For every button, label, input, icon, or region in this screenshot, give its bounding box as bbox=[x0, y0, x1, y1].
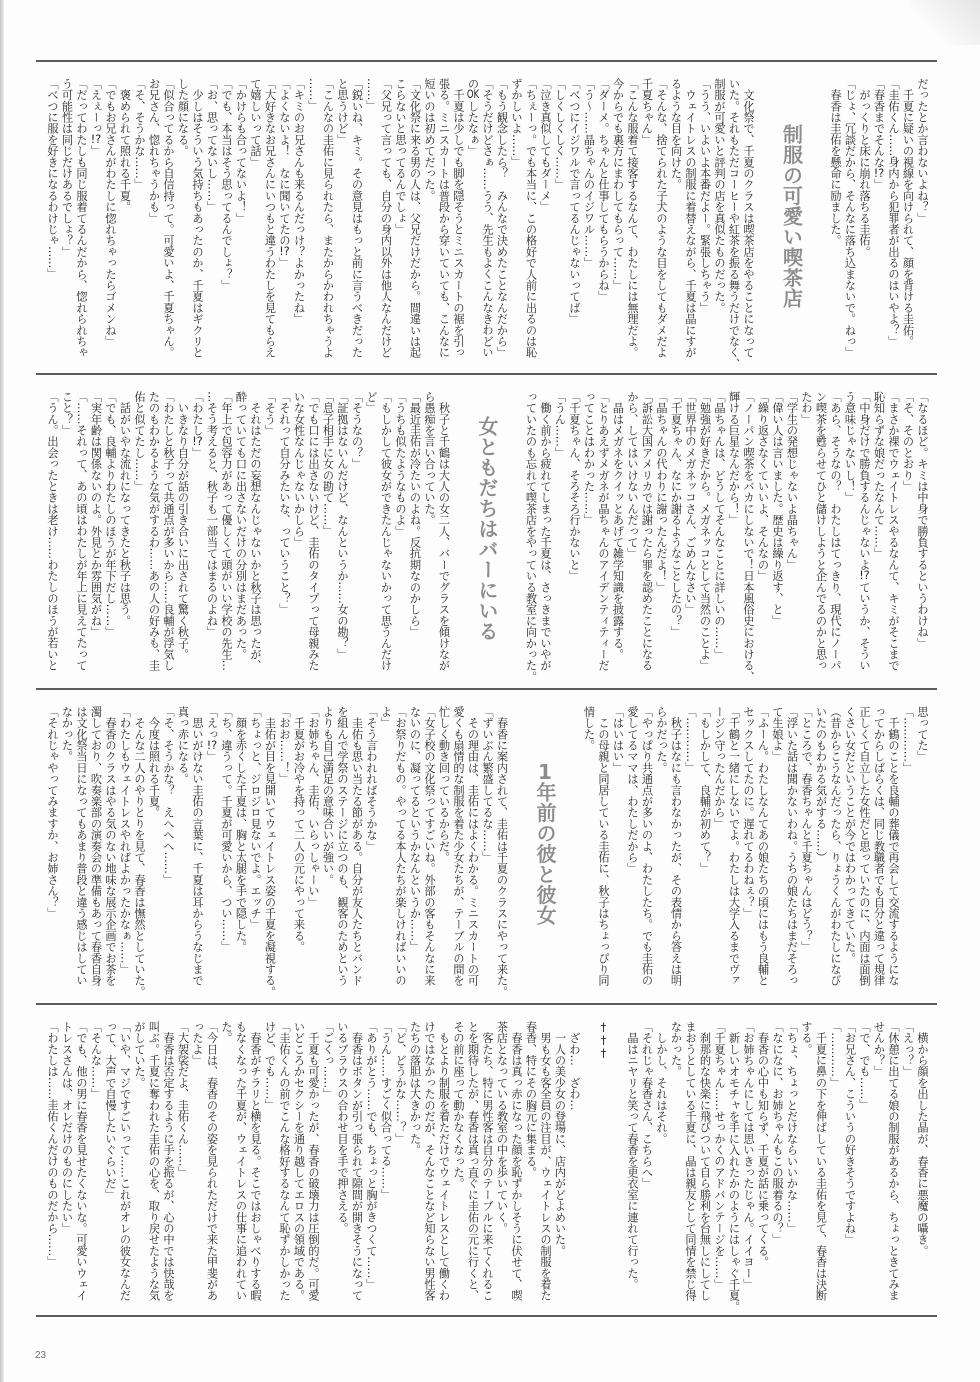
text-column: いるブラウスの合わせ目を手で押さえる。 bbox=[335, 1021, 350, 1313]
tate-chu-yoko: !? bbox=[873, 168, 886, 179]
text-column: 輝ける巨星なんだから！」 bbox=[726, 391, 741, 683]
text-column: いきなり自分が話の引き合いに出されて驚く秋子。 bbox=[175, 391, 190, 683]
text-column: 晶はメガネをクイッとあげて雑学知識を披露する。 bbox=[610, 391, 625, 683]
text-column: 「ところで、春香ちゃんと千夏ちゃんはどう？」 bbox=[799, 706, 814, 998]
tate-chu-yoko: !? bbox=[191, 436, 204, 447]
text-column: て嬉しいって話」 bbox=[248, 78, 263, 370]
text-column: 「そう」 bbox=[262, 391, 277, 683]
text-column: 佑と似てたし……」 bbox=[132, 391, 147, 683]
text-column bbox=[610, 1021, 625, 1313]
text-column: 千鶴のことを良輔の葬儀で再会して交流するようにな bbox=[886, 706, 901, 998]
text-column: たわ」 bbox=[799, 391, 814, 683]
text-column: 千夏は少しでも脚を隠そうとミニスカートの裾を引っ bbox=[451, 78, 466, 370]
text-column: がっくりと床に崩れ落ちる圭佑。 bbox=[857, 78, 872, 370]
text-column: もとより制服を着ただけでウェイトレスとして働くわ bbox=[436, 1021, 451, 1313]
text-column: 「わたしもウェイトレスやればよかったかなぁ……」 bbox=[117, 706, 132, 998]
text-column: ったよ」 bbox=[190, 1021, 205, 1313]
text-column: その前に座って動かなくなった。 bbox=[451, 1021, 466, 1313]
text-column: 「えっ？」 bbox=[900, 1021, 915, 1313]
text-column: 「こんな服着て接客するなんて、わたしには無理だよ。 bbox=[625, 78, 640, 370]
scan-edge-shadow bbox=[0, 0, 4, 1382]
tate-chu-yoko: !? bbox=[278, 246, 291, 257]
text-column: 「勉強が好きだから。メガネッコとして当然のことよ」 bbox=[697, 391, 712, 683]
text-column: 茶店となっている教室の中を歩いていく。 bbox=[494, 1021, 509, 1313]
text-column: 千夏がお冷やを持って二人の元にやって来る。 bbox=[291, 706, 306, 998]
text-column: 「大袈裟だよ、圭佑くん……」 bbox=[175, 1021, 190, 1313]
page: だったとか言わないよね？」 千夏に疑いの視線を向けられて、顔を背ける圭佑。「圭佑… bbox=[0, 0, 980, 1382]
text-column: いな女性なんじゃないかしら」 bbox=[291, 391, 306, 683]
text-column: 「休憩に出てる娘の制服があるから、ちょっときてみま bbox=[886, 1021, 901, 1313]
text-column: その理由は、圭佑にはよくわかる。ミニスカートの可 bbox=[465, 706, 480, 998]
text-column: 正しくて自立した女性だと思っていたのに、内面は面倒 bbox=[857, 706, 872, 998]
text-column: 制服が可愛いと評判の店を真似たものだった。 bbox=[712, 78, 727, 370]
text-column: 「似合ってるから自信持って。可愛いよ、千夏ちゃん。 bbox=[161, 78, 176, 370]
text-column: 春香はボタンが引っ張られて隙間が開きそうになって bbox=[349, 1021, 364, 1313]
text-column: 圭佑が目を見開いてウェイトレス姿の千夏を凝視する。 bbox=[262, 706, 277, 998]
text-column: 「うん……すごく似合ってる……」 bbox=[378, 1021, 393, 1313]
section-heading: 1年前の彼と彼女 bbox=[509, 706, 582, 982]
text-column: 「最近圭佑が冷たいのよね。反抗期なのかしら」 bbox=[407, 391, 422, 683]
text-column: 「晶ちゃんは、どうしてそんなことに詳しいの……」 bbox=[712, 391, 727, 683]
horizontal-rule bbox=[36, 688, 937, 690]
text-column: 「べつに服を好きになるわけじゃ……」 bbox=[45, 78, 60, 370]
text-column: 「ずいぶん繁盛してるな……」 bbox=[480, 706, 495, 998]
text-column: 「千鶴と一緒にしないでよ。わたしは大学入るまでヴァ bbox=[726, 706, 741, 998]
text-column: 「…………」 bbox=[683, 706, 698, 998]
text-column: 新しいオモチャを手に入れたかのようにはしゃぐ千夏。 bbox=[726, 1021, 741, 1313]
text-column: 愛くも扇情的な制服を着た少女たちが、テーブルの間を bbox=[451, 706, 466, 998]
text-column: 「べつにイジワルで言ってるんじゃないってば」 bbox=[567, 78, 582, 370]
text-column: 「でもお兄さんがわたしに惚れちゃったらゴメンね」 bbox=[103, 78, 118, 370]
text-column: 「実年齢は関係ないのよ。外見とか雰囲気がね」 bbox=[88, 391, 103, 683]
text-column: るような目を向けた。 bbox=[668, 78, 683, 370]
text-column: 「泣き真似してもダーメ」 bbox=[538, 78, 553, 370]
text-column: なかった。 bbox=[668, 1021, 683, 1313]
text-column: 張る。ミニスカートは普段から穿いていても、こんなに bbox=[436, 78, 451, 370]
text-tier-1: だったとか言わないよね？」 千夏に疑いの視線を向けられて、顔を背ける圭佑。「圭佑… bbox=[45, 78, 930, 370]
text-column: 横から顔を出した晶が、春香に悪魔の囁き。 bbox=[915, 1021, 930, 1313]
text-column: 「お、思ってないし……」 bbox=[204, 78, 219, 370]
text-column: たのもわかるような気がするわ……あの人の好みも、圭 bbox=[146, 391, 161, 683]
text-column: ってからしばらくは、同じ教職者でも自分と違って規律 bbox=[871, 706, 886, 998]
text-column: ージン守ったんだから」 bbox=[712, 706, 727, 998]
text-column: 叫ぶ。千夏に奪われた圭佑の心を、取り戻せたような気 bbox=[146, 1021, 161, 1313]
section-heading: 女ともだちはバーにいる bbox=[451, 391, 524, 667]
text-column: いた。それもただコーヒーや紅茶を振る舞うだけでなく、 bbox=[726, 78, 741, 370]
text-column: 「大好きなお兄さんにいつもと違うわたしを見てもらえ bbox=[262, 78, 277, 370]
text-column: のOKしたなぁ」 bbox=[465, 78, 480, 370]
text-column: 「春香までそんな!?」 bbox=[871, 78, 886, 370]
text-column: 「訴訟大国アメリカでは謝ったら罪を認めたことになる bbox=[639, 391, 654, 683]
text-column: 「ちぇーっ。でも本当に、この格好で人前に出るのは恥 bbox=[523, 78, 538, 370]
text-column: 「晶ちゃんの代わりに謝ったんだよ！」 bbox=[654, 391, 669, 683]
text-column: トレスさんは、オレだけのものにしたい」 bbox=[59, 1021, 74, 1313]
text-tier-4: 横から顔を出した晶が、春香に悪魔の囁き。「えっ？」「休憩に出てる娘の制服があるか… bbox=[45, 1021, 930, 1313]
text-column: 話がいやな流れになってきたと秋子は思う。 bbox=[117, 391, 132, 683]
text-column: 「学生の発想じゃないよ晶ちゃん」 bbox=[784, 391, 799, 683]
horizontal-rule bbox=[36, 1315, 937, 1317]
text-column: もなくなった千夏が、ウェイトレスの仕事に追われてい bbox=[233, 1021, 248, 1313]
text-column: た。 bbox=[219, 1021, 234, 1313]
text-column: こと？」 bbox=[59, 391, 74, 683]
text-column: ……」 bbox=[364, 78, 379, 370]
text-column: 「でも口には出さないけど、圭佑のタイプって母親みた bbox=[306, 391, 321, 683]
text-column: 「よくないよ！ なに聞いてたの!?」 bbox=[277, 78, 292, 370]
tate-chu-yoko: !? bbox=[858, 570, 871, 581]
page-number: 23 bbox=[35, 1350, 46, 1361]
text-column: 春香は否定するように手を振るが、心の中では快哉を bbox=[161, 1021, 176, 1313]
text-column: ってことはわかった……」 bbox=[581, 391, 596, 683]
text-column: ずかしいよ……」 bbox=[509, 78, 524, 370]
text-column: 「証拠はないんだけど、なんというか……女の勘？」 bbox=[335, 391, 350, 683]
text-column: て生娘よ」 bbox=[770, 706, 785, 998]
text-column: 「わたしと秋子って共通点が多いから……良輔が浮気し bbox=[161, 391, 176, 683]
text-column bbox=[581, 1021, 596, 1313]
text-column: たちの落胆は大きかった。 bbox=[407, 1021, 422, 1313]
text-column: 「はいはい」 bbox=[610, 706, 625, 998]
text-column: 「お姉ちゃんにしては思いきったじゃん。イイヨー」 bbox=[741, 1021, 756, 1313]
text-column: した顔になる。 bbox=[175, 78, 190, 370]
text-column: セックスしてたのに。遅れてるわねぇ？」 bbox=[741, 706, 756, 998]
text-column: 春香、特にその胸元に集まる。 bbox=[523, 1021, 538, 1313]
text-column: 「ごくっ……」 bbox=[320, 1021, 335, 1313]
text-column: 「父兄って言っても、自分の身内以外は他人なんだけど bbox=[378, 78, 393, 370]
text-column: 「キミのお兄さんも来るんだっけ？よかったね」 bbox=[291, 78, 306, 370]
text-column: 「ちょっと、ジロジロ見ないでよ。エッチ」 bbox=[248, 706, 263, 998]
text-column: いどころかセクシーを通り越してエロスの領域である。 bbox=[291, 1021, 306, 1313]
horizontal-rule bbox=[36, 1003, 937, 1005]
text-column: 「ダーメ。ちゃんと仕事してもらうからね」 bbox=[596, 78, 611, 370]
text-column: 晶はニヤリと笑って春香を更衣室に連れて行った。 bbox=[625, 1021, 640, 1313]
text-column: 「ちょ、ちょっとだけならいいかな……」 bbox=[784, 1021, 799, 1313]
text-column: 千夏に鼻の下を伸ばしている圭佑を見て、春香は決断 bbox=[813, 1021, 828, 1313]
text-column: 「文化祭に来る男の人は、父兄だけだから。間違いは起 bbox=[407, 78, 422, 370]
text-column: 今からでも裏方にまわしてもらって……」 bbox=[610, 78, 625, 370]
text-column: それはただの妄想なんじゃないかと秋子は思ったが、 bbox=[248, 391, 263, 683]
text-column: だったとか言わないよね？」 bbox=[915, 78, 930, 370]
text-column: 濁しており、吹奏楽部の演奏会の準備もあって春香自身 bbox=[88, 706, 103, 998]
text-column: ……」 bbox=[306, 78, 321, 370]
text-column: よ」 bbox=[378, 706, 393, 998]
text-column: （昔からこうなんだったら、りょうくんがわたしになび bbox=[828, 706, 843, 998]
text-column: ど」 bbox=[364, 391, 379, 683]
text-column: 少しはそういう気持ちもあったのか、千夏はギクリと bbox=[190, 78, 205, 370]
text-column: 「う～……晶ちゃんのイジワル……」 bbox=[581, 78, 596, 370]
text-column: お兄さん、惚れちゃうかも」 bbox=[146, 78, 161, 370]
text-column: 秋子と千鶴は大人の女二人、バーでグラスを傾けなが bbox=[436, 391, 451, 683]
text-column: 「圭佑くんの前でこんな格好するなんて恥ずかしかった bbox=[277, 1021, 292, 1313]
text-column: 「そ、そうかな？ えへへへ……」 bbox=[161, 706, 176, 998]
text-column: 「それじゃ春香さん、こちらへ」 bbox=[639, 1021, 654, 1313]
text-tier-2: 「なるほど。キミは中身で勝負するというわけね」「そ、そのとおり」「まさか裸でウェ… bbox=[45, 391, 930, 683]
text-column: 思いがけない圭佑の言葉に、千夏は耳からうなじまで bbox=[190, 706, 205, 998]
text-column: 文化祭で、千夏のクラスは喫茶店をやることになって bbox=[741, 78, 756, 370]
text-column: 「ノーパン喫茶をバカにしないで！日本風俗史における、 bbox=[741, 391, 756, 683]
text-column: 「もう観念したら？ みんなで決めたことなんだから」 bbox=[494, 78, 509, 370]
text-column: 「でも、本当はそう思ってるんでしょ？」 bbox=[219, 78, 234, 370]
text-column: よりも自己満足の意味合いが強い。 bbox=[320, 706, 335, 998]
text-column: って、大声で自慢したいぐらいだ」 bbox=[103, 1021, 118, 1313]
horizontal-rule bbox=[36, 373, 937, 375]
text-column: 思ってた」 bbox=[915, 706, 930, 998]
text-column: 「それじゃやってみますか、お姉さん？」 bbox=[45, 706, 60, 998]
text-column: こらないと思ってるんでしょ」 bbox=[393, 78, 408, 370]
text-column: 千夏も可愛かったが、春香の破壊力は圧倒的だ。可愛 bbox=[306, 1021, 321, 1313]
text-column: せんか？」 bbox=[871, 1021, 886, 1313]
tate-chu-yoko: !? bbox=[90, 134, 103, 145]
tate-chu-yoko: 1 bbox=[533, 762, 557, 782]
text-column: 「こんなの圭佑に見られたら、またからかわれちゃうよ bbox=[320, 78, 335, 370]
text-column: ウェイトレスの制服に着替えながら、千夏は晶にすが bbox=[683, 78, 698, 370]
text-column: 「女子校の文化祭ってすごいね。外部の客もそんなに来 bbox=[422, 706, 437, 998]
text-column: 客たち、特に男性客は自分のテーブルに来てくれるこ bbox=[480, 1021, 495, 1313]
text-column: 「やっぱり共通点が多いのよ、わたしたち。でも圭佑の bbox=[639, 706, 654, 998]
text-column: 「圭佑くん……身内から犯罪者が出るのはいやよ？」 bbox=[886, 78, 901, 370]
scan-corner-shadow bbox=[910, 0, 980, 45]
text-column: けではなかったのだが、そんなことなど知らない男性客 bbox=[422, 1021, 437, 1313]
text-column: 春香の心中も知らず、千夏が話に乗ってくる。 bbox=[755, 1021, 770, 1313]
text-column: 酔っていても口に出さないだけの分別はまだあった。 bbox=[233, 391, 248, 683]
text-column: 「偉い人は言いました。歴史は繰り返す、と」 bbox=[770, 391, 785, 683]
text-column: から、してはいけないんだって」 bbox=[625, 391, 640, 683]
text-column: とを期待したが、春香は真っ直ぐに圭佑の元に行くと、 bbox=[465, 1021, 480, 1313]
horizontal-rule bbox=[36, 60, 937, 62]
text-column: 「それって自分みたいな、っていうこと？」 bbox=[277, 391, 292, 683]
text-column: そんな二人のやりとりを見て、春香は憮然としていた。 bbox=[132, 706, 147, 998]
text-column: 「お祭りだもの。やってる本人たちが楽しければいいの bbox=[393, 706, 408, 998]
text-column: がしていた。 bbox=[132, 1021, 147, 1313]
text-tier-3: 思ってた」「…………」 千鶴のことを良輔の葬儀で再会して交流するようになってから… bbox=[45, 706, 930, 998]
text-column: ン喫茶を甦らせてひと儲けしようと企んでるのかと思っ bbox=[813, 391, 828, 683]
text-column: 「浮いた話は聞かないわね。うちの娘たちはまだそろっ bbox=[784, 706, 799, 998]
text-column: なかった。 bbox=[59, 706, 74, 998]
text-column: 「で、でも……」 bbox=[857, 1021, 872, 1313]
text-column: 刹那的な快楽に飛びついて自ら勝利を台無しにしてし bbox=[697, 1021, 712, 1313]
text-column: まおうとしている千夏に、晶は親友として同情を禁じ得 bbox=[683, 1021, 698, 1313]
text-column: 「うん……」 bbox=[552, 391, 567, 683]
text-column: 「いや、マジですごいって……これがオレの彼女なんだ bbox=[117, 1021, 132, 1313]
text-column: ざわ… ざわ… bbox=[567, 1021, 582, 1313]
text-column: 男も女も客全員の注目が、ウェイトレスの制服を着た bbox=[538, 1021, 553, 1313]
text-column: 「年上で包容力があって優しくて頭がいい学校の先生… bbox=[219, 391, 234, 683]
text-column: ††† bbox=[596, 1021, 611, 1313]
text-column: 「千夏ちゃん……せっかくのアドバンテージを……」 bbox=[712, 1021, 727, 1313]
text-column: 「ありがとう……でも、ちょっと胸がきつくて……」 bbox=[364, 1021, 379, 1313]
text-column: 「うちも似たようなものよ」 bbox=[393, 391, 408, 683]
text-column: 短いのは初めてだった。 bbox=[422, 78, 437, 370]
text-column: 「とりあえずメガネが晶ちゃんのアイデンティティーだ bbox=[596, 391, 611, 683]
text-column: ら愚痴を言い合っていた。 bbox=[422, 391, 437, 683]
text-column: 「まさか裸でウェイトレスやるなんて、キミがそこまで bbox=[886, 391, 901, 683]
text-column: 「おお……！」 bbox=[277, 706, 292, 998]
text-column: 褒められて照れる千夏。 bbox=[117, 78, 132, 370]
text-column: けど、でも……」 bbox=[262, 1021, 277, 1313]
text-column: 圭佑も思い当たる節がある。自分が友人たちとバンド bbox=[349, 706, 364, 998]
text-column: 「…………」 bbox=[828, 1021, 843, 1313]
text-column: …そう考えると、秋子も一部当てはまるのよね」 bbox=[204, 391, 219, 683]
text-column: 春香がチラリと横を見る。そこではおしゃべりする暇 bbox=[248, 1021, 263, 1313]
text-column: 真っ赤になる。 bbox=[175, 706, 190, 998]
text-column: 「そうだけどさぁ……うう、先生もよくこんなきわどい bbox=[480, 78, 495, 370]
text-column: 「千夏ちゃん、そろそろ行かないと」 bbox=[567, 391, 582, 683]
text-column: 春香のクラスはやる気のない地味な展示企画でお茶を bbox=[103, 706, 118, 998]
text-column: 春香は真っ赤になった顔を恥ずかしそうに伏せて、喫 bbox=[509, 1021, 524, 1313]
text-column: 春香に案内されて、圭佑は千夏のクラスにやって来た。 bbox=[494, 706, 509, 998]
text-column: 「えぇーっ!?」 bbox=[88, 78, 103, 370]
text-column: 「えっ!?」 bbox=[204, 706, 219, 998]
text-column: っていたのも忘れて喫茶店をやっている教室に向かった。 bbox=[523, 391, 538, 683]
text-column: 千夏ちゃん」 bbox=[639, 78, 654, 370]
text-column: 「わたし!?」 bbox=[190, 391, 205, 683]
text-column: 「鋭いね、キミ。その意見はもっと前に言うべきだった bbox=[349, 78, 364, 370]
text-column: 「今日は、春香のその姿を見られただけで来た甲斐があ bbox=[204, 1021, 219, 1313]
text-column: う意味じゃないし！」 bbox=[842, 391, 857, 683]
text-column: 「ど、どうかな……？」 bbox=[393, 1021, 408, 1313]
text-column: 一人の美少女の登場に、店内がどよめいた。 bbox=[552, 1021, 567, 1313]
section-heading: 制服の可愛い喫茶店 bbox=[755, 78, 828, 354]
text-column: 「うう、いよいよ本番だよー。緊張しちゃう」 bbox=[697, 78, 712, 370]
text-column: 「息子相手に女の勘て……」 bbox=[320, 391, 335, 683]
text-column: 「あら、そうなの？ わたしはてっきり、現代にノーパ bbox=[828, 391, 843, 683]
text-column: 「中身だけで勝負するんじゃないよ!?ていうか、そうい bbox=[857, 391, 872, 683]
text-column: 「もしかして彼女ができたんじゃないかって思うんだけ bbox=[378, 391, 393, 683]
text-column: いたのもわかる気がする……） bbox=[813, 706, 828, 998]
text-column: 「わたしは……圭佑くんだけのものだから……」 bbox=[45, 1021, 60, 1313]
text-column: 「そうなの？」 bbox=[349, 391, 364, 683]
text-column: は文化祭当日になってもあまり普段と違う感じはしてい bbox=[74, 706, 89, 998]
text-column: 「そ、そのとおり」 bbox=[900, 391, 915, 683]
tate-chu-yoko: OK bbox=[467, 89, 480, 100]
text-column: 「お姉ちゃん、圭佑、いらっしゃーい」 bbox=[306, 706, 321, 998]
text-column: 「そう言われればそうかな」 bbox=[364, 706, 379, 998]
text-column: 秋子はなにも言わなかったが、その表情から答えは明 bbox=[668, 706, 683, 998]
text-column: 「なるほど。キミは中身で勝負するというわけね」 bbox=[915, 391, 930, 683]
text-column: 恥知らずな娘だったなんて……」 bbox=[871, 391, 886, 683]
text-column: 「……それって、あの頃はわたしが年上に見えてたって bbox=[74, 391, 89, 683]
text-column: 千夏に疑いの視線を向けられて、顔を背ける圭佑。 bbox=[900, 78, 915, 370]
text-column: 「…………」 bbox=[900, 706, 915, 998]
text-column: 情した。 bbox=[581, 706, 596, 998]
text-column: 「そんな……」 bbox=[88, 1021, 103, 1313]
text-column: う可能性は同じだけあるでしょ？」 bbox=[59, 78, 74, 370]
text-column: 愛してるママは、わたしだから」 bbox=[625, 706, 640, 998]
text-column: 「千夏ちゃん、なにか謝るようなことしたの？」 bbox=[668, 391, 683, 683]
text-column: 「世界中のメガネッコさん、ごめんなさい」 bbox=[683, 391, 698, 683]
text-column: らかだった。 bbox=[654, 706, 669, 998]
text-column: 「もしかして、良輔が初めて？」 bbox=[697, 706, 712, 998]
text-column: 「ち、違うって。千夏が可愛いから、つい……」 bbox=[219, 706, 234, 998]
text-column: 「じょ、冗談だから、そんなに落ち込まないで。ねっ」 bbox=[842, 78, 857, 370]
text-column: 「そ、そうかな……」 bbox=[132, 78, 147, 370]
text-column: 春香は圭佑を懸命に励ました。 bbox=[828, 78, 843, 370]
text-column: する。 bbox=[799, 1021, 814, 1313]
text-column: 「でも、他の男に春香を見せたくないな。可愛いウェイ bbox=[74, 1021, 89, 1313]
text-column: 「だってわたしも同じ服着てるんだから、惚れられちゃ bbox=[74, 78, 89, 370]
text-column: ないのに、凝ってるというかなんというか……」 bbox=[407, 706, 422, 998]
text-column: 「しくしくしく……」 bbox=[552, 78, 567, 370]
text-column: 顔を赤くした千夏は、胸と太腿を手で隠した。 bbox=[233, 706, 248, 998]
text-column: を組んで学祭のステージに立つのも、観客のためという bbox=[335, 706, 350, 998]
text-column: 「そんな、捨てられた子犬のような目をしてもダメだよ bbox=[654, 78, 669, 370]
text-column: この母親と同居している圭佑に、秋子はちょっぴり同 bbox=[596, 706, 611, 998]
text-column: 「ふーん。わたしなんてあの娘たちの頃にはもう良輔と bbox=[755, 706, 770, 998]
text-column: 今度は照れる千夏。 bbox=[146, 706, 161, 998]
text-column: 「お兄さん、こういうの好きそうですよね」 bbox=[842, 1021, 857, 1313]
text-column: しかし、それはそれ。 bbox=[654, 1021, 669, 1313]
text-column: 「繰り返さなくていいよ、そんなの」 bbox=[755, 391, 770, 683]
tate-chu-yoko: !? bbox=[206, 740, 219, 751]
text-column: 「でも、良輔よりわたしのほうが年下だし……」 bbox=[103, 391, 118, 683]
text-column: 忙しく動き回っているからだ。 bbox=[436, 706, 451, 998]
text-column: くさい女だということが今ではわかってきていた。 bbox=[842, 706, 857, 998]
text-column: 働く前から疲れてしまった千夏は、さっきまでいやが bbox=[538, 391, 553, 683]
text-column: 「うん。出会ったときは老け……わたしのほうが若いと bbox=[45, 391, 60, 683]
text-column: 「なになに、お姉ちゃんもこの服着るの？」 bbox=[770, 1021, 785, 1313]
text-column: 「かけらも合ってないよ！」 bbox=[233, 78, 248, 370]
text-column: と思うけど」 bbox=[335, 78, 350, 370]
